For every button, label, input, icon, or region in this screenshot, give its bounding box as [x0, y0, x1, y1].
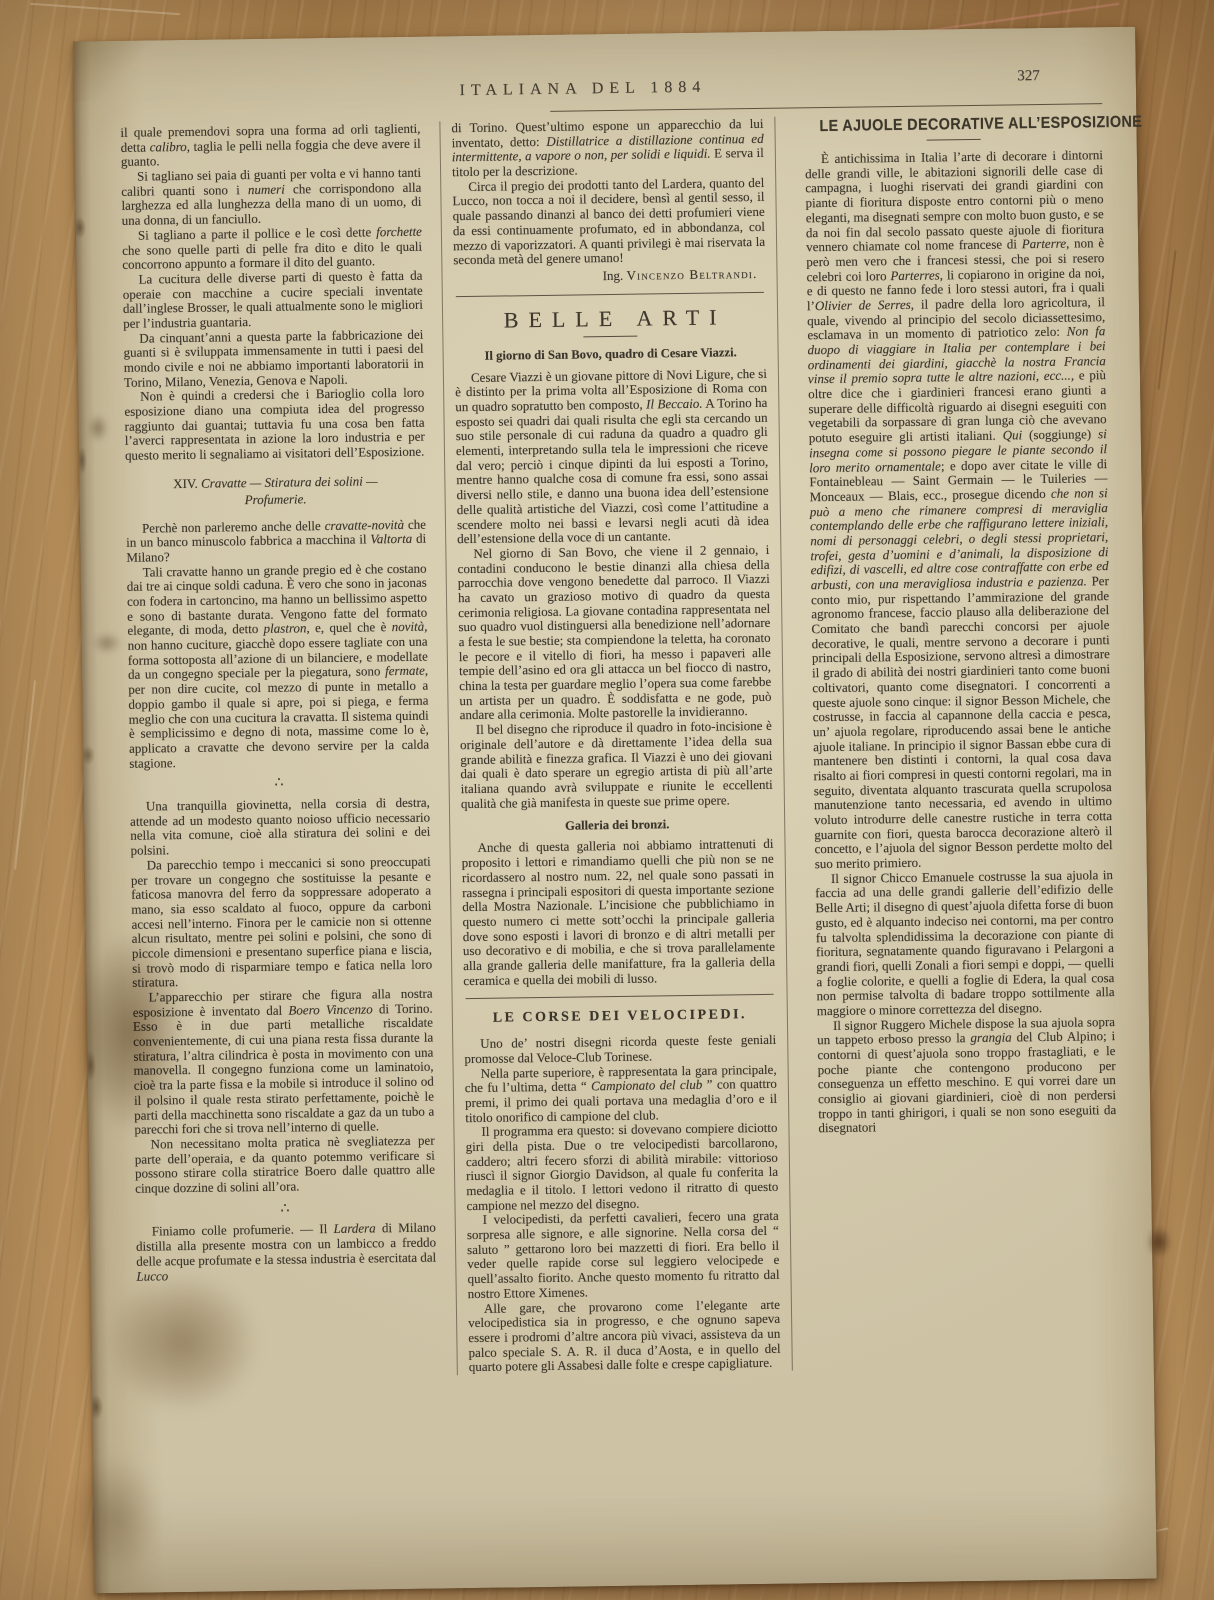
newspaper-page: ITALIANA DEL 1884 327 il quale premendov…: [73, 27, 1157, 1594]
paragraph: I velocipedisti, da perfetti cavalieri, …: [467, 1209, 780, 1301]
paragraph: Il signor Ruggero Michele dispose la sua…: [817, 1015, 1117, 1137]
paragraph: Si tagliano sei paia di guanti per volta…: [121, 166, 422, 229]
paragraph: L’apparecchio per stirare che figura all…: [132, 987, 434, 1138]
asterism-separator: ∴: [130, 774, 430, 794]
paragraph: Circa il pregio dei prodotti tanto del L…: [452, 176, 765, 268]
paragraph: il quale premendovi sopra una forma ad o…: [120, 122, 421, 170]
wood-scratch: [1157, 250, 1176, 389]
paragraph: Da cinquant’anni a questa parte la fabbr…: [123, 327, 424, 390]
column-1: il quale premendovi sopra una forma ad o…: [120, 122, 437, 1380]
running-title: ITALIANA DEL 1884: [459, 79, 706, 100]
horizontal-rule: [456, 291, 764, 296]
paragraph: Da parecchio tempo i meccanici si sono p…: [131, 854, 433, 990]
paragraph: Nel giorno di San Bovo, che viene il 2 g…: [457, 543, 771, 724]
paragraph: Una tranquilla giovinetta, nella corsia …: [130, 796, 431, 859]
column-3: LE AJUOLE DECORATIVE ALL’ESPOSIZIONEÈ an…: [794, 112, 1119, 1370]
paragraph: La cucitura delle diverse parti di quest…: [122, 269, 423, 332]
torn-binding-edge: [73, 41, 111, 1593]
author-signature: Ing. Vincenzo Beltrandi.: [453, 267, 765, 286]
paragraph: Perchè non parleremo anche delle cravatt…: [126, 517, 427, 565]
paragraph: Non è quindi a credersi che i Barioglio …: [124, 386, 425, 464]
paragraph: Si tagliano a parte il pollice e le così…: [122, 224, 423, 272]
paragraph: Finiamo colle profumerie. — Il Lardera d…: [136, 1221, 437, 1284]
paragraph: Il signor Chicco Emanuele costrusse la s…: [815, 868, 1115, 1019]
scanned-photo: ITALIANA DEL 1884 327 il quale premendov…: [0, 0, 1214, 1600]
wood-scratch: [14, 680, 36, 869]
section-heading: XIV. Cravatte — Stiratura dei solini — P…: [151, 473, 399, 510]
article-title: LE CORSE DEI VELOCIPEDI.: [464, 1007, 776, 1027]
page-number: 327: [1017, 68, 1040, 85]
paragraph: Nella parte superiore, è rappresentata l…: [465, 1062, 778, 1125]
page-content: ITALIANA DEL 1884 327 il quale premendov…: [120, 63, 1120, 1380]
article-title: BELLE ARTI: [454, 304, 766, 333]
paragraph: Non necessitano molta pratica nè sveglia…: [135, 1133, 436, 1196]
paragraph: Anche di questa galleria noi abbiamo int…: [461, 837, 775, 988]
horizontal-rule: [466, 994, 774, 999]
paragraph: Cesare Viazzi è un giovane pittore di No…: [455, 366, 769, 547]
columns: il quale premendovi sopra una forma ad o…: [120, 112, 1119, 1380]
asterism-separator: ∴: [135, 1199, 435, 1219]
paragraph: Tali cravatte hanno un grande pregio ed …: [127, 561, 430, 771]
short-rule: [927, 139, 981, 141]
sub-heading: Il giorno di San Bovo, quadro di Cesare …: [455, 345, 767, 364]
short-rule: [583, 336, 637, 338]
paragraph: È antichissima in Italia l’arte di decor…: [805, 148, 1113, 872]
column-2: di Torino. Quest’ultimo espone un appare…: [439, 117, 792, 1376]
paragraph: Alle gare, che provarono come l’elegante…: [468, 1297, 781, 1375]
paragraph: di Torino. Quest’ultimo espone un appare…: [451, 117, 764, 180]
page-header: ITALIANA DEL 1884 327: [120, 63, 1102, 117]
wood-scratch: [30, 3, 180, 15]
paragraph: Il bel disegno che riproduce il quadro i…: [460, 719, 773, 811]
article-title: LE AJUOLE DECORATIVE ALL’ESPOSIZIONE: [819, 114, 1087, 136]
paragraph: Il programma era questo: si dovevano com…: [465, 1121, 778, 1213]
sub-heading: Galleria dei bronzi.: [461, 816, 773, 835]
